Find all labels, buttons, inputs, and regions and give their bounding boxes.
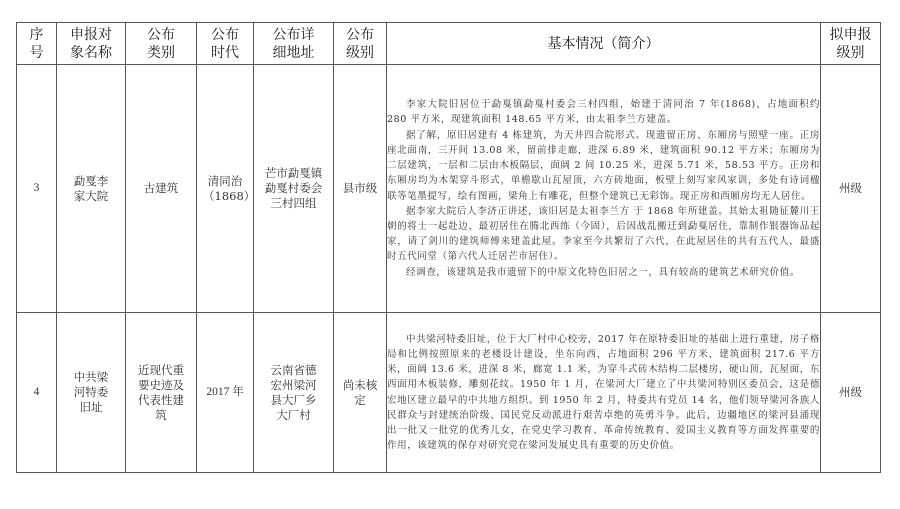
- cell-index: 3: [17, 65, 57, 313]
- cell-era: 2017 年: [197, 313, 254, 473]
- description-paragraph: 据了解，原旧居建有 4 栋建筑，为天井四合院形式。现遗留正房、东厢房与照壁一座。…: [387, 128, 820, 204]
- header-row: 序号 申报对象名称 公布类别 公布时代 公布详细地址 公布级别 基本情况（简介）…: [17, 23, 881, 65]
- table-row: 4 中共梁河特委旧址 近现代重要史迹及代表性建筑 2017 年 云南省德宏州梁河…: [17, 313, 881, 473]
- header-name: 申报对象名称: [57, 23, 126, 65]
- cell-proposed-level: 州级: [821, 313, 881, 473]
- cell-name: 中共梁河特委旧址: [57, 313, 126, 473]
- cell-description: 李家大院旧居位于勐戛镇勐戛村委会三村四组，始建于清同治 7 年(1868)，占地…: [387, 65, 821, 313]
- description-paragraph: 李家大院旧居位于勐戛镇勐戛村委会三村四组，始建于清同治 7 年(1868)，占地…: [387, 97, 820, 127]
- description-paragraph: 经调查，该建筑是我市遗留下的中原文化特色旧居之一，具有较高的建筑艺术研究价值。: [387, 265, 820, 280]
- cell-index: 4: [17, 313, 57, 473]
- header-index: 序号: [17, 23, 57, 65]
- header-era: 公布时代: [197, 23, 254, 65]
- description-paragraph: 中共梁河特委旧址，位于大厂村中心校旁，2017 年在原特委旧址的基础上进行重建，…: [387, 332, 820, 454]
- header-description: 基本情况（简介）: [387, 23, 821, 65]
- cell-level: 县市级: [334, 65, 387, 313]
- description-paragraph: 据李家大院后人李济正讲述，该旧居是太祖李兰方 于 1868 年所建盖。其始太祖随…: [387, 204, 820, 265]
- cell-address: 芒市勐戛镇勐戛村委会三村四组: [254, 65, 334, 313]
- cell-category: 古建筑: [126, 65, 197, 313]
- cell-proposed-level: 州级: [821, 65, 881, 313]
- cell-level: 尚未核定: [334, 313, 387, 473]
- heritage-table: 序号 申报对象名称 公布类别 公布时代 公布详细地址 公布级别 基本情况（简介）…: [16, 22, 881, 473]
- cell-category: 近现代重要史迹及代表性建筑: [126, 313, 197, 473]
- header-address: 公布详细地址: [254, 23, 334, 65]
- header-proposed-level: 拟申报级别: [821, 23, 881, 65]
- cell-era: 清同治（1868）: [197, 65, 254, 313]
- cell-description: 中共梁河特委旧址，位于大厂村中心校旁，2017 年在原特委旧址的基础上进行重建，…: [387, 313, 821, 473]
- cell-address: 云南省德宏州梁河县大厂乡大厂村: [254, 313, 334, 473]
- cell-name: 勐戛李家大院: [57, 65, 126, 313]
- header-level: 公布级别: [334, 23, 387, 65]
- header-category: 公布类别: [126, 23, 197, 65]
- table-row: 3 勐戛李家大院 古建筑 清同治（1868） 芒市勐戛镇勐戛村委会三村四组 县市…: [17, 65, 881, 313]
